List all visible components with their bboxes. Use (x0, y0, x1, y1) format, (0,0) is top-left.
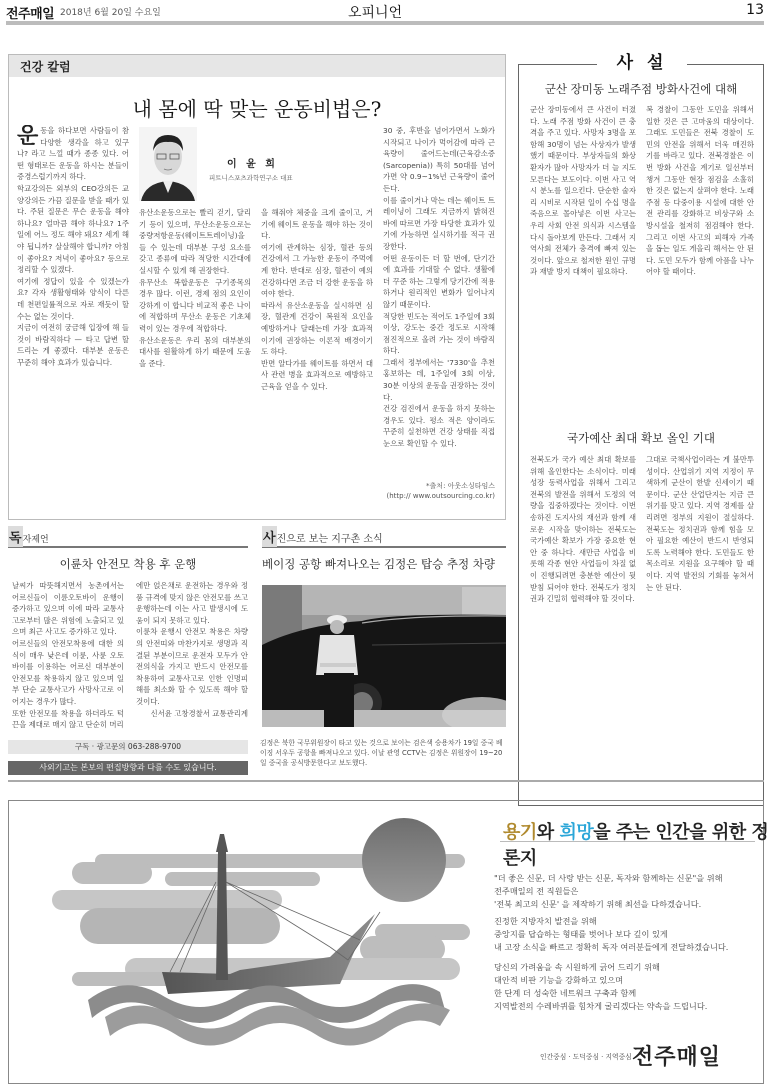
ad-illustration (30, 812, 470, 1062)
section-divider (8, 780, 764, 782)
issue-date: 2018년 6월 20일 수요일 (60, 5, 161, 18)
subscription-info: 구독 · 광고문의 063-288-9700 (8, 740, 248, 754)
reader-signature: 신서윤 고창경찰서 교통관리계 (136, 708, 248, 720)
header-divider (6, 21, 764, 25)
ad-slogan: 용기와 희망을 주는 인간을 위한 정론지 (503, 818, 770, 870)
column-text-2: 유산소운동으로는 빨리 걷기, 달리기 등이 있으며, 무산소운동으로는 중량저… (139, 207, 251, 507)
masthead-logo: 전주매일 (6, 3, 54, 22)
photo-caption: 김정은 북한 국무위원장이 타고 있는 것으로 보이는 검은색 승용차가 19일… (260, 738, 506, 768)
editorial-1-col-1: 군산 장미동에서 큰 사건이 터졌다. 노래 주점 방화 사건이 큰 충격을 주… (530, 104, 636, 414)
ad-paragraph-3: 당신의 가려움을 속 시원하게 긁어 드리기 위해 대안적 비판 기능을 강화하… (494, 961, 764, 1013)
header-initial: 독 (8, 526, 23, 547)
ad-paragraph-1: "더 좋은 신문, 더 사랑 받는 신문, 독자와 함께하는 신문"을 위해 전… (494, 872, 764, 911)
author-organization: 피트니스포츠과학연구소 대표 (209, 173, 293, 182)
editorial-1-col-2: 복 경찰이 그동안 도민을 위해서 일한 것은 큰 고마움의 대상이다. 그래도… (646, 104, 754, 414)
ad-divider (500, 841, 755, 842)
column-text-3: 을 해줘야 체중을 크게 줄이고, 거기에 웨이트 운동을 해야 하는 것이다.… (261, 207, 373, 507)
reader-text-1: 날씨가 따뜻해지면서 농촌에서는 어르신들이 이륜오토바이 운행이 증가하고 있… (12, 580, 124, 730)
editorial-title-1: 군산 장미동 노래주점 방화사건에 대해 (518, 81, 764, 97)
disclaimer-banner: 사외기고는 본보의 편집방향과 다를 수도 있습니다. (8, 761, 248, 775)
editorial-title-2: 국가예산 최대 확보 올인 기대 (518, 430, 764, 446)
editorial-top-rule-left (518, 64, 598, 65)
column-text-1: 운동을 하다보면 사람들이 참 다양한 생각을 하고 있구나? 라고 느낄 때가… (17, 125, 129, 505)
section-title: 오피니언 (348, 2, 402, 22)
dropcap: 운 (17, 125, 38, 147)
news-photo-image (262, 585, 506, 727)
page-number: 13 (746, 2, 764, 18)
author-portrait (139, 127, 197, 201)
photo-news-header: 사진으로 보는 지구촌 소식 (262, 526, 506, 548)
source-credit: *출처: 아웃소싱타임스 (http:// www.outsourcing.co… (383, 481, 495, 501)
editorial-2-col-2: 그대로 국책사업이라는 게 불만투성이다. 산업위기 지역 지정이 무색하게 군… (646, 454, 754, 794)
header-label: 진으로 보는 지구촌 소식 (277, 534, 383, 545)
header-label: 자제언 (23, 535, 49, 545)
photo-news-title: 베이징 공항 빠져나오는 김정은 탑승 추정 차량 (262, 556, 506, 572)
portrait-image (139, 127, 197, 201)
column-label: 건강 칼럼 (9, 55, 505, 77)
reader-column-title: 이륜차 안전모 착용 후 운행 (8, 556, 248, 572)
ad-paragraph-2: 진정한 지방자치 발전을 위해 중앙지를 답습하는 형태를 벗어나 보다 깊이 … (494, 915, 764, 954)
pen-ship-illustration (30, 812, 470, 1062)
news-photo (262, 585, 506, 727)
ad-tagline: 인간중심 · 도덕중심 · 지역중심 (540, 1051, 632, 1061)
editorial-2-col-1: 전북도가 국가 예산 최대 확보를 위해 올인한다는 소식이다. 미래 성장 동… (530, 454, 636, 794)
health-column: 건강 칼럼 내 몸에 딱 맞는 운동비법은? 운동을 하다보면 사람들이 참 다… (8, 54, 506, 520)
column-title: 내 몸에 딱 맞는 운동비법은? (9, 93, 505, 122)
ad-logo: 전주매일 (632, 1040, 721, 1071)
column-text-4: 30 중, 후반을 넘어가면서 노화가 시작되고 나이가 먹어감에 따라 근육량… (383, 125, 495, 477)
reader-column-header: 독자제언 (8, 526, 248, 548)
editorial-top-rule-right (686, 64, 764, 65)
header-initial: 사 (262, 526, 277, 547)
reader-text-2: 에만 얹은채로 운전하는 경우와 정품 규격에 맞지 않은 안전모를 쓰고 운행… (136, 580, 248, 710)
author-name: 이 윤 희 (227, 155, 278, 170)
editorial-heading: 사 설 (597, 48, 687, 73)
